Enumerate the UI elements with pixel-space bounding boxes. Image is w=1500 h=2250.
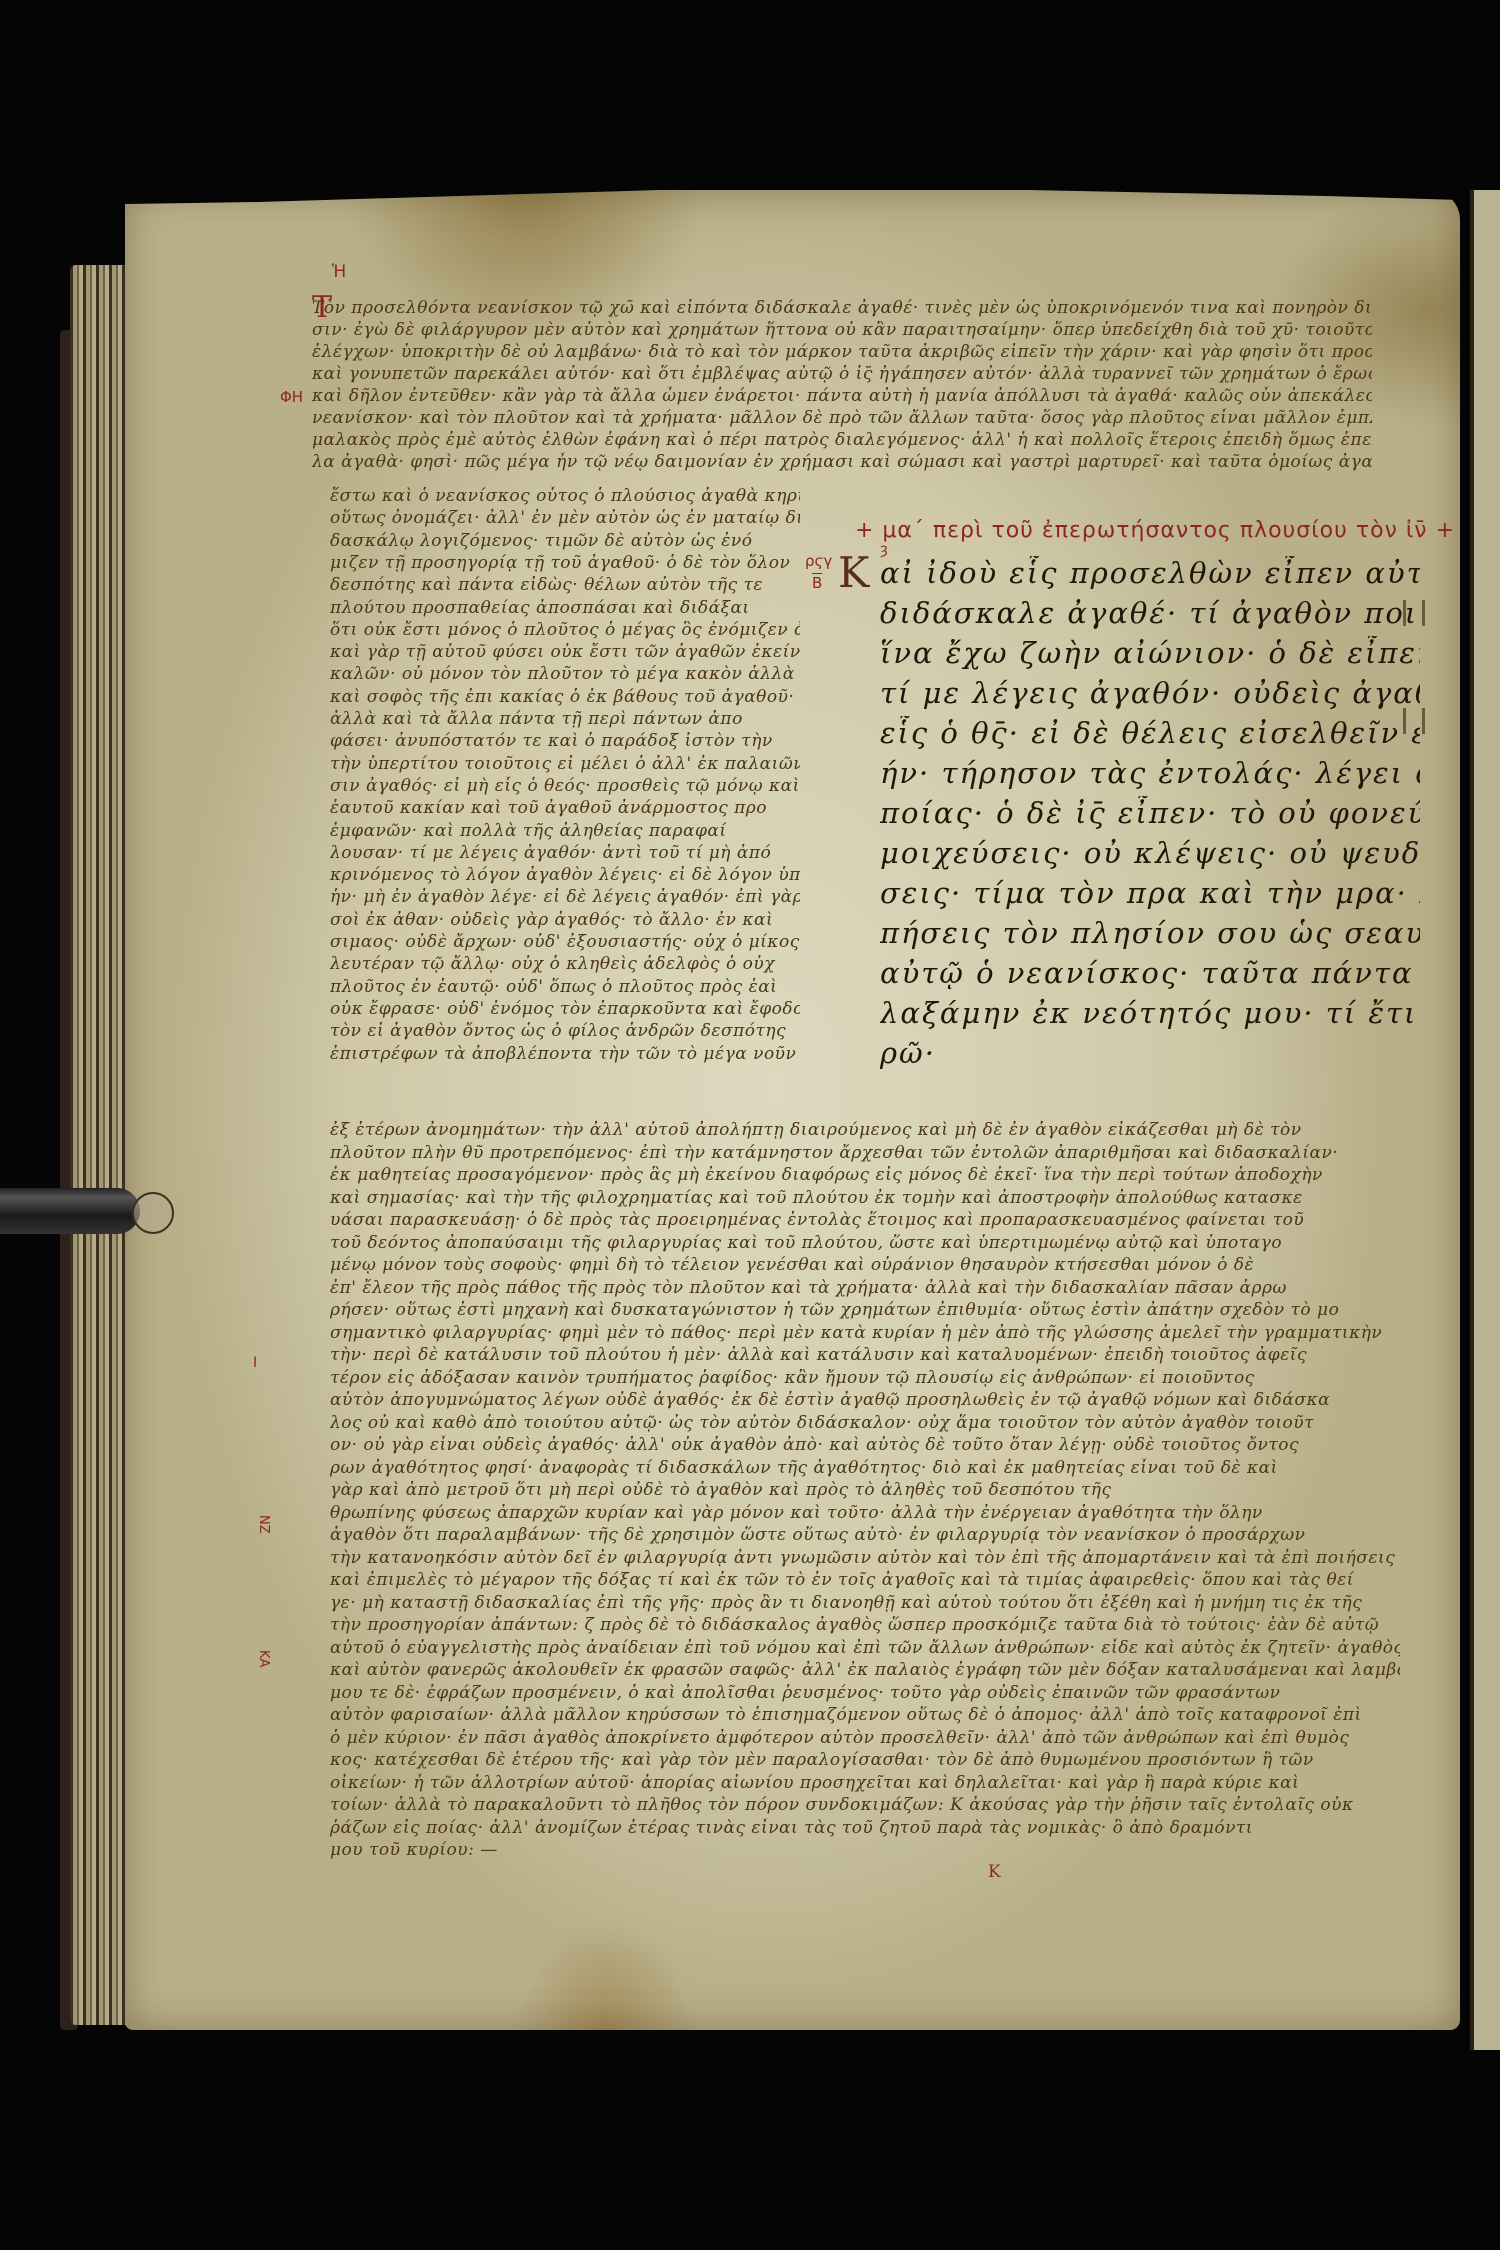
text-line: ρῶ· (880, 1036, 1420, 1070)
text-line: καὶ δῆλον ἐντεῦθεν· κἂν γὰρ τὰ ἄλλα ὦμεν… (312, 386, 1372, 406)
text-line: νεανίσκον· καὶ τὸν πλοῦτον καὶ τὰ χρήματ… (312, 408, 1372, 428)
text-line: πήσεις τὸν πλησίον σου ὡς σεαυτόν· λέγει (880, 916, 1420, 950)
text-line: ἐπιστρέφων τὰ ἀποβλέποντα τὴν τῶν τὸ μέγ… (330, 1044, 800, 1064)
text-line: σιν· ἐγὼ δὲ φιλάργυρον μὲν αὐτὸν καὶ χρη… (312, 320, 1372, 340)
text-line: ἀλλὰ καὶ τὰ ἄλλα πάντα τῇ περὶ πάντων ἀπ… (330, 709, 800, 729)
text-line: ρων ἀγαθότητος φησί· ἀναφορὰς τί διδασκά… (330, 1458, 1400, 1478)
text-line: οἰκείων· ἦ τῶν ἀλλοτρίων αὐτοῦ· ἀπορίας … (330, 1773, 1400, 1793)
text-line: τὴν προσηγορίαν ἀπάντων: ζ πρὸς δὲ τὸ δι… (330, 1615, 1400, 1635)
text-line: λευτέραν τῷ ἄλλῳ· οὐχ ὁ κληθεὶς ἀδελφὸς … (330, 954, 800, 974)
text-line: τὸν εἰ ἀγαθὸν ὄντος ὡς ὁ φίλος ἀνδρῶν δε… (330, 1021, 800, 1041)
text-line: πλούτου προσπαθείας ἀποσπάσαι καὶ διδάξα… (330, 598, 800, 618)
page-edges-stack (70, 265, 130, 2025)
text-line: τί με λέγεις ἀγαθόν· οὐδεὶς ἀγαθὸς· εἰ μ… (880, 676, 1420, 710)
text-line: λα ἀγαθὰ· φησὶ· πῶς μέγα ἦν τῷ νέῳ δαιμο… (312, 452, 1372, 472)
glass-weight-rod (0, 1188, 140, 1234)
margin-mark-lower-2: ΝΖ (256, 1515, 271, 1534)
text-line: λαξάμην ἐκ νεότητός μου· τί ἔτι ὑστε (880, 996, 1420, 1030)
text-line: ὁ μὲν κύριον· ἐν πᾶσι ἀγαθὸς ἀποκρίνετο … (330, 1728, 1400, 1748)
text-line: τοίων· ἀλλὰ τὸ παρακαλοῦντι τὸ πλῆθος τὸ… (330, 1795, 1400, 1815)
text-line: ὅτι οὐκ ἔστι μόνος ὁ πλοῦτος ὁ μέγας ὃς … (330, 620, 800, 640)
text-line: μιζεν τῇ προσηγορίᾳ τῇ τοῦ ἀγαθοῦ· ὁ δὲ … (330, 553, 800, 573)
text-line: τέρον εἰς ἀδόξασαν καινὸν τρυπήματος ῥαφ… (330, 1368, 1400, 1388)
text-line: πλοῦτος ἐν ἑαυτῷ· οὐδ' ὅπως ὁ πλοῦτος πρ… (330, 977, 800, 997)
text-line: ἐμφανῶν· καὶ πολλὰ τῆς ἀληθείας παραφαί (330, 821, 800, 841)
text-line: αὐτοῦ ὁ εὐαγγελιστὴς πρὸς ἀναίδειαν ἐπὶ … (330, 1638, 1400, 1658)
text-line: καὶ ἐπιμελὲς τὸ μέγαρον τῆς δόξας τί καὶ… (330, 1570, 1400, 1590)
text-line: οὐκ ἔφρασε· οὐδ' ἐνόμος τὸν ἐπαρκοῦντα κ… (330, 999, 800, 1019)
text-line: αὐτὸν φαρισαίων· ἀλλὰ μᾶλλον κηρύσσων τὸ… (330, 1705, 1400, 1725)
glass-weight-tip (132, 1192, 174, 1234)
text-line: σιμαος· οὐδὲ ἄρχων· οὐδ' ἐξουσιαστής· οὐ… (330, 932, 800, 952)
text-line: λουσαν· τί με λέγεις ἀγαθόν· ἀντὶ τοῦ τί… (330, 843, 800, 863)
text-line: εἷς ὁ θς̄· εἰ δὲ θέλεις εἰσελθεῖν εἰς τὴ… (880, 716, 1420, 750)
text-line: σιν ἀγαθός· εἰ μὴ εἷς ὁ θεός· προσθεὶς τ… (330, 776, 800, 796)
text-line: καὶ γὰρ τῇ αὐτοῦ φύσει οὐκ ἔστι τῶν ἀγαθ… (330, 642, 800, 662)
text-line: ήν· τήρησον τὰς ἐντολάς· λέγει αὐτῷ· (880, 756, 1420, 790)
text-line: κρινόμενος τὸ λόγον ἀγαθὸν λέγεις· εἰ δὲ… (330, 865, 800, 885)
text-line: σοὶ ἐκ ἀθαν· οὐδεὶς γὰρ ἀγαθός· τὸ ἄλλο·… (330, 910, 800, 930)
initial-kappa-lemma: Κ (838, 548, 869, 597)
text-line: τὴν κατανοηκόσιν αὐτὸν δεῖ ἐν φιλαργυρίᾳ… (330, 1548, 1400, 1568)
text-line: τὴν ὑπερτίτου τοιοῦτοις εἰ μέλει ὁ ἀλλ' … (330, 754, 800, 774)
text-line: διδάσκαλε ἀγαθέ· τί ἀγαθὸν ποιήσω (880, 596, 1420, 630)
text-line: καὶ γονυπετῶν παρεκάλει αὐτόν· καὶ ὅτι ἐ… (312, 364, 1372, 384)
margin-mark-lower-3: ΚΑ (256, 1650, 271, 1667)
section-number: ρϛγ (805, 552, 832, 570)
text-line: θρωπίνης φύσεως ἀπαρχῶν κυρίαν καὶ γὰρ μ… (330, 1503, 1400, 1523)
text-line: δεσπότης καὶ πάντα εἰδὼς· θέλων αὐτὸν τῆ… (330, 575, 800, 595)
text-line: φάσει· ἀνυπόστατόν τε καὶ ὁ παράδοξ ἰστὸ… (330, 731, 800, 751)
text-line: ἐξ ἑτέρων ἀνομημάτων· τὴν ἀλλ' αὐτοῦ ἀπο… (330, 1120, 1400, 1140)
margin-mark-top-left: ΦΗ (280, 388, 303, 406)
text-line: ἐκ μαθητείας προσαγόμενον· πρὸς ἃς μὴ ἐκ… (330, 1165, 1400, 1185)
text-line: αὐτῷ ὁ νεανίσκος· ταῦτα πάντα ἐφυ (880, 956, 1420, 990)
text-line: ἔστω καὶ ὁ νεανίσκος οὗτος ὁ πλούσιος ἀγ… (330, 486, 800, 506)
text-line: αἰ ἰδοὺ εἷς προσελθὼν εἶπεν αὐτῷ· (880, 556, 1420, 590)
text-line: μου τοῦ κυρίου: — (330, 1840, 1400, 1860)
facing-page-gutter (1470, 190, 1500, 2050)
text-line: μένῳ μόνον τοὺς σοφοὺς· φημὶ δὴ τὸ τέλει… (330, 1255, 1400, 1275)
text-line: ον· οὐ γὰρ εἶναι οὐδεὶς ἀγαθός· ἀλλ' οὐκ… (330, 1435, 1400, 1455)
text-line: μοιχεύσεις· οὐ κλέψεις· οὐ ψευδομαρτυρή (880, 836, 1420, 870)
text-line: αὐτὸν ἀπογυμνώματος λέγων οὐδὲ ἀγαθός· ἐ… (330, 1390, 1400, 1410)
text-line: ῥάζων εἰς ποίας· ἀλλ' ἀνομίζων ἑτέρας τι… (330, 1818, 1400, 1838)
text-line: μαλακὸς πρὸς ἐμὲ αὐτὸς ἐλθὼν ἐφάνη καὶ ὁ… (312, 430, 1372, 450)
text-line: ἑαυτοῦ κακίαν καὶ τοῦ ἀγαθοῦ ἀνάρμοστος … (330, 798, 800, 818)
text-line: καὶ σοφὸς τῆς ἐπι κακίας ὁ ἐκ βάθους τοῦ… (330, 687, 800, 707)
margin-mark-lower-1: Ι (253, 1355, 257, 1371)
text-line: ποίας· ὁ δὲ ἰς̄ εἶπεν· τὸ οὐ φονεύσεις· … (880, 796, 1420, 830)
initial-kappa-bottom: Κ (988, 1862, 1001, 1882)
text-line: ἐλέγχων· ὑποκριτὴν δὲ οὐ λαμβάνω· διὰ τὸ… (312, 342, 1372, 362)
section-sub: Β (812, 574, 822, 592)
text-line: λος οὐ καὶ καθὸ ἀπὸ τοιούτου αὐτῷ· ὡς τὸ… (330, 1413, 1400, 1433)
text-line: ἡν· μὴ ἐν ἀγαθὸν λέγε· εἰ δὲ λέγεις ἀγαθ… (330, 887, 800, 907)
text-line: ἵνα ἔχω ζωὴν αἰώνιον· ὁ δὲ εἶπεν αὐτῷ· (880, 636, 1420, 670)
text-line: καὶ σημασίας· καὶ τὴν τῆς φιλοχρηματίας … (330, 1188, 1400, 1208)
text-line: πλοῦτον πλὴν θῦ προτρεπόμενος· ἐπὶ τὴν κ… (330, 1143, 1400, 1163)
text-line: υάσαι παρασκευάσῃ· ὁ δὲ πρὸς τὰς προειρη… (330, 1210, 1400, 1230)
quire-mark: Ἡ (332, 262, 346, 282)
text-line: οὕτως ὀνομάζει· ἀλλ' ἐν μὲν αὐτὸν ὡς ἐν … (330, 508, 800, 528)
text-line: Τὸν προσελθόντα νεανίσκον τῷ χω̄ καὶ εἰπ… (312, 298, 1372, 318)
text-line: ἀγαθὸν ὅτι παραλαμβάνων· τῆς δὲ χρησιμὸν… (330, 1525, 1400, 1545)
text-line: κος· κατέχεσθαι δὲ ἑτέρου τῆς· καὶ γὰρ τ… (330, 1750, 1400, 1770)
text-line: σεις· τίμα τὸν πρα καὶ τὴν μρα· καὶ ἀγα (880, 876, 1420, 910)
text-line: γὰρ καὶ ἀπὸ μετροῦ ὅτι μὴ περὶ οὐδὲ τὸ ἀ… (330, 1480, 1400, 1500)
text-line: καὶ αὐτὸν φανερῶς ἀκολουθεῖν ἐκ φρασῶν σ… (330, 1660, 1400, 1680)
text-line: σημαντικὸ φιλαργυρίας· φημὶ μὲν τὸ πάθος… (330, 1323, 1400, 1343)
text-line: τοῦ δεόντος ἀποπαύσαιμι τῆς φιλαργυρίας … (330, 1233, 1400, 1253)
text-line: γε· μὴ καταστῇ διδασκαλίας ἐπὶ τῆς γῆς· … (330, 1593, 1400, 1613)
text-line: μου τε δὲ· ἐφράζων προσμένειν, ὁ καὶ ἀπο… (330, 1683, 1400, 1703)
text-line: ρήσεν· οὕτως ἐστὶ μηχανὴ καὶ δυσκαταγώνι… (330, 1300, 1400, 1320)
text-line: τὴν· περὶ δὲ κατάλυσιν τοῦ πλούτου ἡ μὲν… (330, 1345, 1400, 1365)
text-line: δασκάλῳ λογιζόμενος· τιμῶν δὲ αὐτὸν ὡς ἐ… (330, 531, 800, 551)
lemma-rubric-title: + μα΄ περὶ τοῦ ἐπερωτήσαντος πλουσίου τὸ… (855, 518, 1415, 543)
text-line: ἐπ' ἔλεον τῆς πρὸς πάθος τῆς πρὸς τὸν πλ… (330, 1278, 1400, 1298)
text-line: καλῶν· οὐ μόνον τὸν πλοῦτον τὸ μέγα κακὸ… (330, 664, 800, 684)
